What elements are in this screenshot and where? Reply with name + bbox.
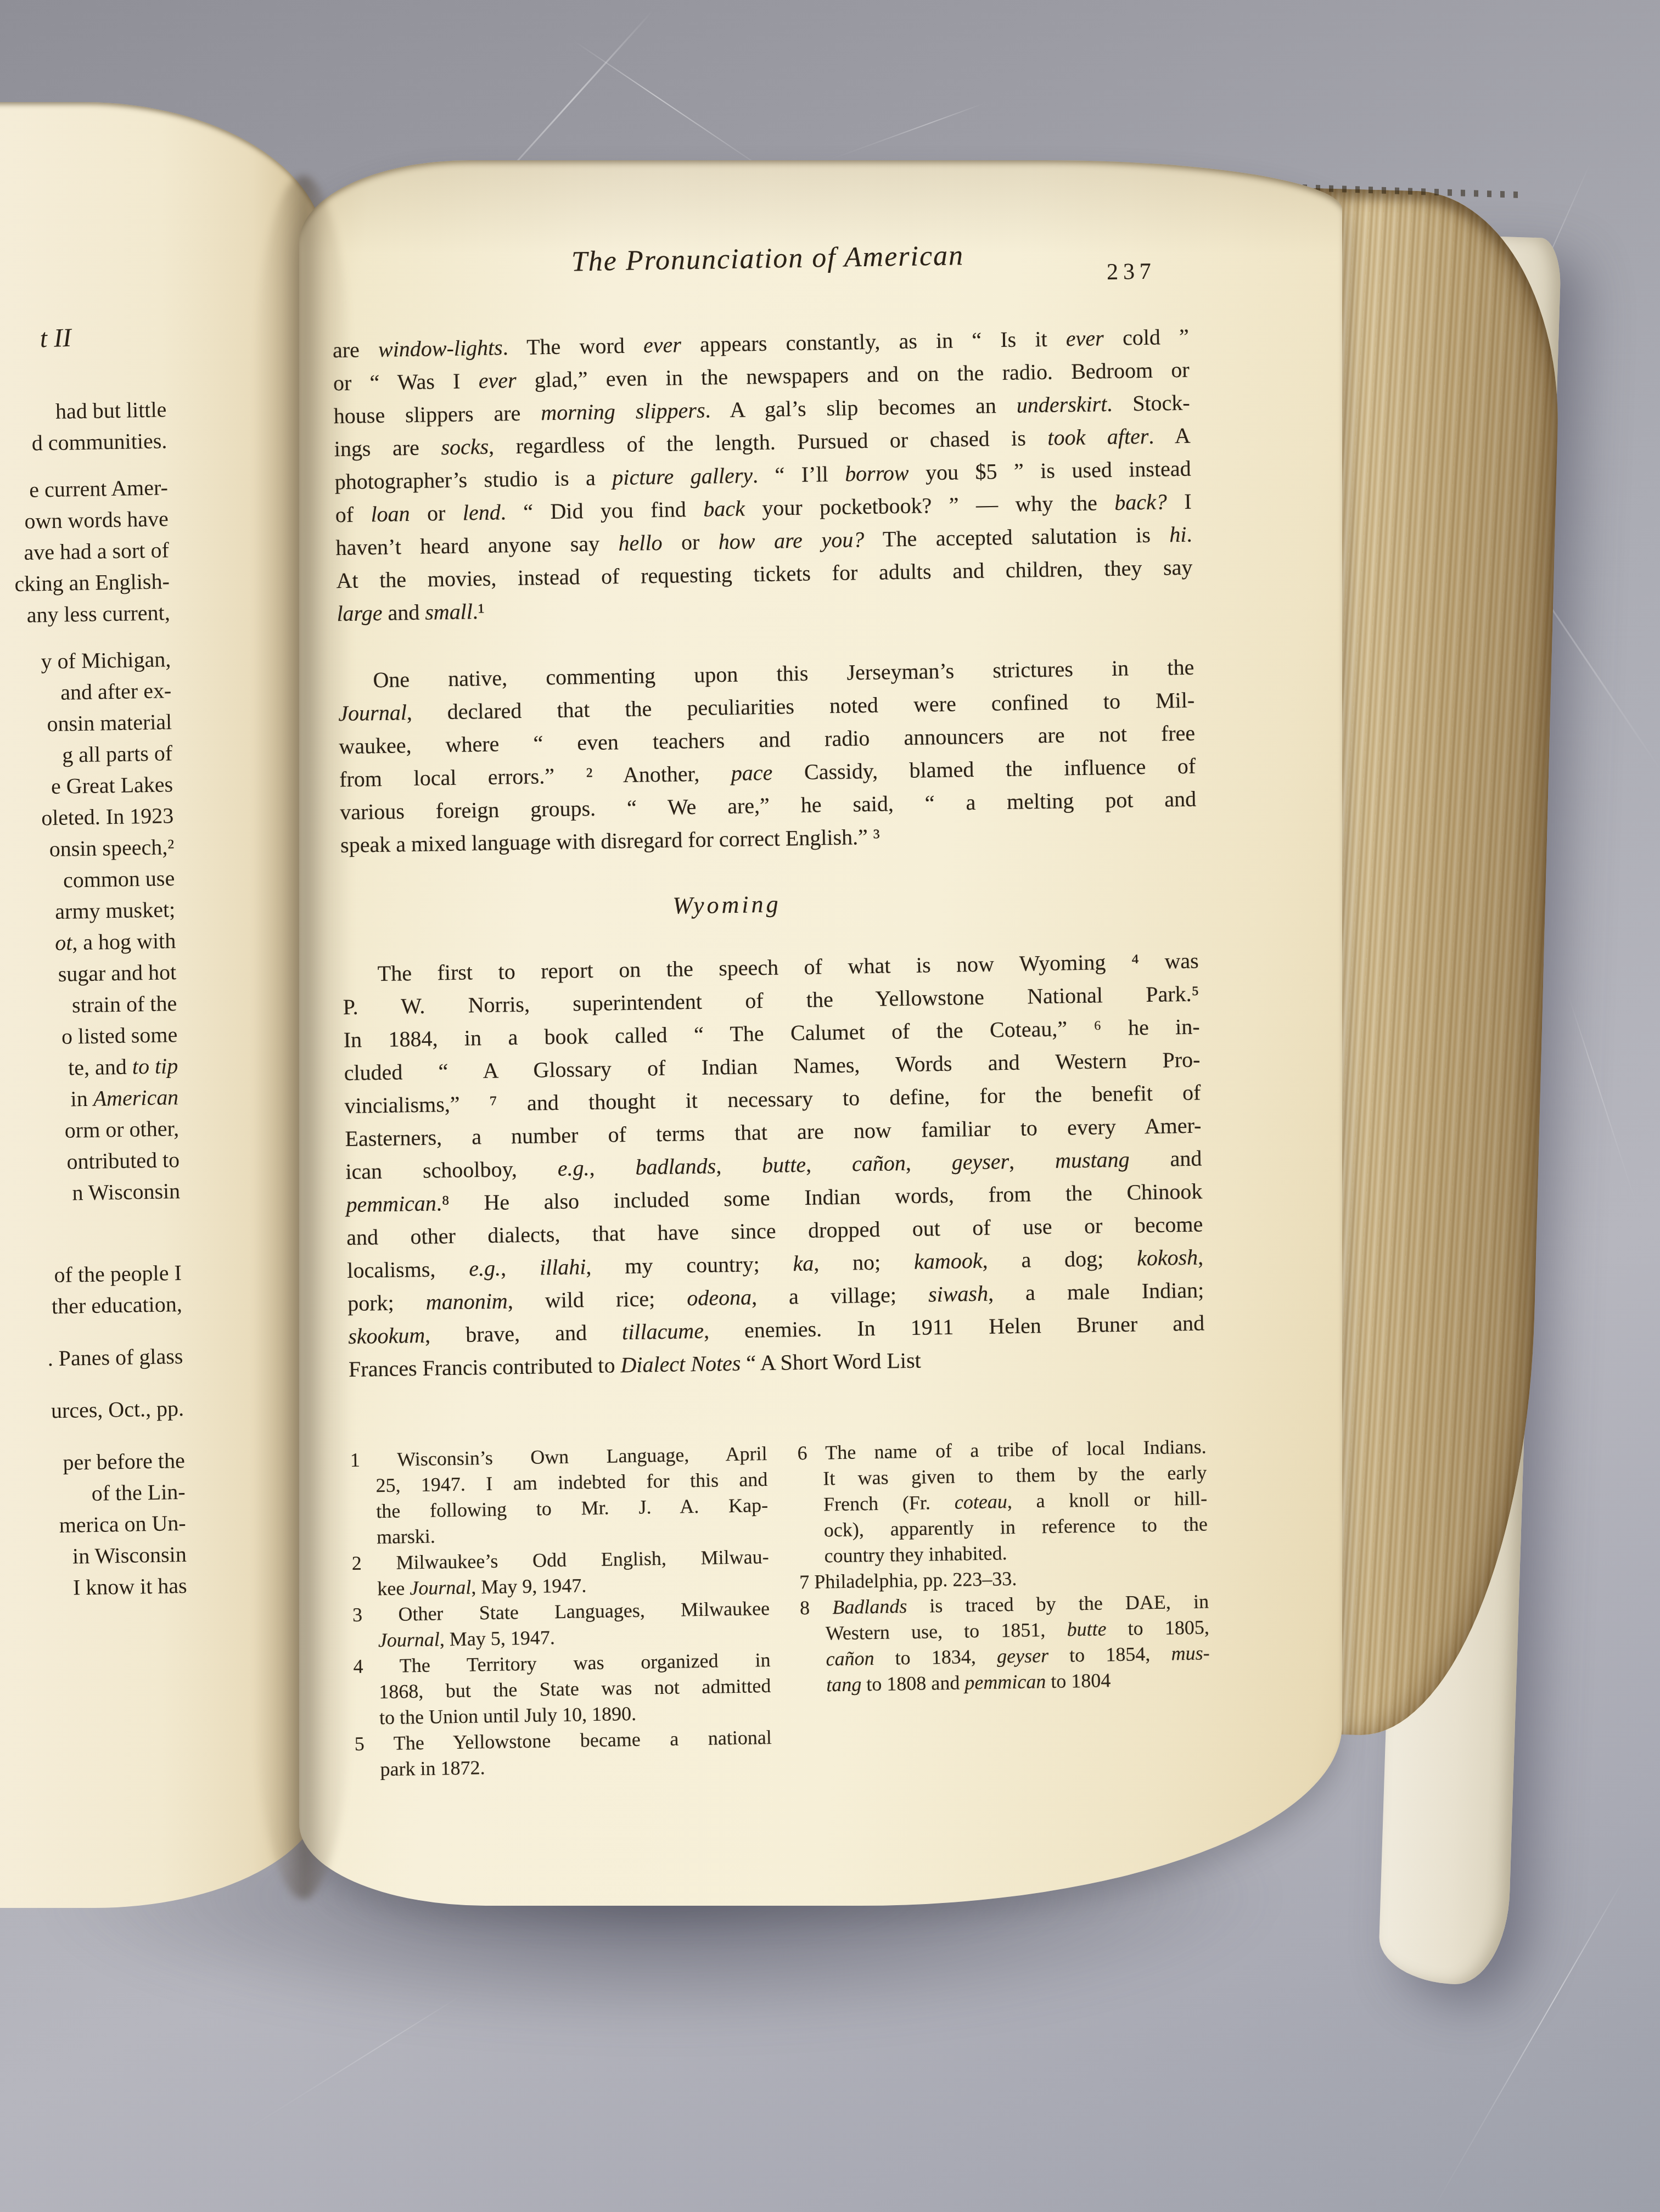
text-line: ot, a hog with — [0, 925, 176, 959]
text-line: merica on Un- — [4, 1507, 186, 1542]
running-head: The Pronunciation of American 237 — [331, 236, 1188, 311]
text-line: e current Amer- — [0, 471, 168, 506]
text-line: onsin material — [0, 706, 172, 740]
text-line: urces, Oct., pp. — [3, 1393, 184, 1427]
paragraph-fragment: per before theof the Lin-merica on Un-in… — [3, 1445, 187, 1604]
running-head-title: The Pronunciation of American — [331, 236, 1188, 282]
text-line: own words have — [0, 503, 169, 537]
footnote-column-right: 6 The name of a tribe of local Indians.I… — [797, 1434, 1212, 1776]
text-line: te, and to tip — [0, 1050, 178, 1085]
paragraph: The first to report on the speech of wha… — [342, 945, 1205, 1386]
footnote: 6 The name of a tribe of local Indians.I… — [797, 1434, 1208, 1569]
text-line: o listed some — [0, 1019, 178, 1053]
text-line: in Wisconsin — [5, 1539, 187, 1573]
text-line: sugar and hot — [0, 956, 177, 991]
page-number: 237 — [1107, 259, 1157, 285]
text-line: y of Michigan, — [0, 643, 171, 678]
text-line: of the Lin- — [4, 1476, 186, 1511]
surface-scratch — [829, 103, 984, 160]
section-heading: Wyoming — [299, 884, 1156, 925]
text-line: cking an English- — [0, 565, 170, 600]
left-page-text-fragments: had but littled communities.e current Am… — [0, 394, 187, 1604]
footnote: 2 Milwaukee’s Odd English, Milwau-kee Jo… — [351, 1544, 769, 1602]
footnote-column-left: 1 Wisconsin’s Own Language, April25, 194… — [350, 1441, 772, 1783]
text-line: per before the — [3, 1445, 185, 1479]
text-line: ther education, — [1, 1288, 182, 1323]
text-line: . Panes of glass — [2, 1340, 183, 1375]
footnote: 3 Other State Languages, MilwaukeeJourna… — [352, 1596, 770, 1654]
footnotes: 1 Wisconsin’s Own Language, April25, 194… — [350, 1434, 1211, 1782]
text-line: strain of the — [0, 987, 177, 1022]
text-line: e Great Lakes — [0, 768, 173, 803]
left-running-head-fragment: t II — [0, 323, 72, 356]
paragraph: are window-lights. The word ever appears… — [333, 321, 1193, 630]
footnote: 5 The Yellowstone became a nationalpark … — [355, 1725, 772, 1783]
text-line: army musket; — [0, 894, 176, 928]
paragraph-fragment: urces, Oct., pp. — [3, 1393, 184, 1427]
text-line: of the people I — [0, 1257, 182, 1292]
book-gutter-shadow — [254, 176, 352, 1899]
text-line: g all parts of — [0, 737, 173, 772]
text-line: had but little — [0, 394, 167, 428]
text-line: any less current, — [0, 597, 170, 631]
right-page: The Pronunciation of American 237 are wi… — [299, 160, 1342, 1906]
text-line: in American — [0, 1081, 179, 1116]
text-line: and after ex- — [0, 675, 172, 709]
text-line: oleted. In 1923 — [0, 800, 174, 834]
photo-open-book: t II had but littled communities.e curre… — [0, 0, 1660, 2212]
paragraph-fragment: of the people Ither education, — [0, 1257, 182, 1323]
text-line: orm or other, — [0, 1113, 180, 1147]
paragraph-fragment: . Panes of glass — [2, 1340, 183, 1375]
text-line: n Wisconsin — [0, 1175, 181, 1210]
footnote: 8 Badlands is traced by the DAE, inWeste… — [800, 1588, 1210, 1698]
text-line: common use — [0, 862, 175, 897]
paragraph-fragment: e current Amer-own words haveave had a s… — [0, 471, 170, 631]
paragraph-fragment: y of Michigan,and after ex-onsin materia… — [0, 643, 181, 1210]
paragraph-fragment: had but littled communities. — [0, 394, 167, 459]
footnote: 1 Wisconsin’s Own Language, April25, 194… — [350, 1441, 769, 1551]
paragraph: One native, commenting upon this Jerseym… — [338, 651, 1197, 862]
text-line: onsin speech,² — [0, 831, 175, 866]
text-line: ave had a sort of — [0, 534, 169, 569]
right-page-text: The Pronunciation of American 237 are wi… — [331, 236, 1212, 1783]
text-line: I know it has — [5, 1570, 187, 1604]
footnote: 4 The Territory was organized in1868, bu… — [353, 1647, 771, 1731]
surface-scratch — [1567, 993, 1640, 1213]
text-line: d communities. — [0, 425, 167, 459]
text-line: ontributed to — [0, 1144, 180, 1178]
